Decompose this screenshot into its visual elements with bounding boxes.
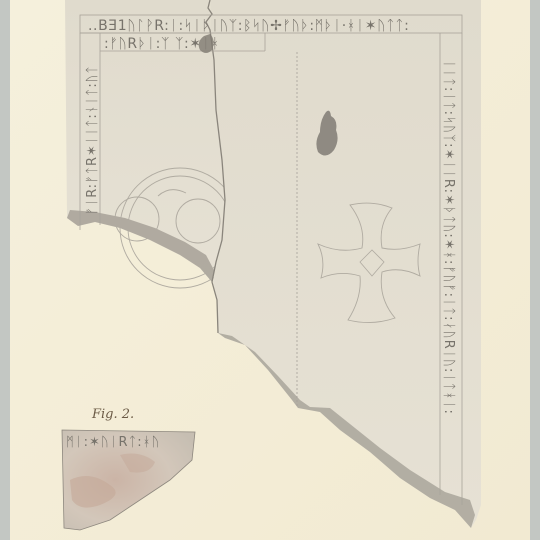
runestone-drawing: ..BƎ1ᚢᛚᚹR:ᛁ:ᛋᛁᚦᛁᚢᛉ:ᛒᛋᚢ✢ᚠᚢᚦ:ᛗᚦᛁ·ᚼᛁ✶ᚢᛏᛏ: :… <box>0 0 540 540</box>
right-border-strip <box>530 0 540 540</box>
rune-band-right: ᛁᛁᛏ:ᛁᛏ:ᛋᚢᛉ:✶ᛁᛁR:✶ᚦᛏᚢ:✶ᚼ:ᚠᚢᚠ:ᛁᛏ:ᛅᚢRᛁᚢ:ᛁᛏᚼ… <box>441 60 456 415</box>
left-border-strip <box>0 0 10 540</box>
rune-band-top-line1: ..BƎ1ᚢᛚᚹR:ᛁ:ᛋᛁᚦᛁᚢᛉ:ᛒᛋᚢ✢ᚠᚢᚦ:ᛗᚦᛁ·ᚼᛁ✶ᚢᛏᛏ: <box>88 18 409 34</box>
drawing-sheet: ..BƎ1ᚢᛚᚹR:ᛁ:ᛋᛁᚦᛁᚢᛉ:ᛒᛋᚢ✢ᚠᚢᚦ:ᛗᚦᛁ·ᚼᛁ✶ᚢᛏᛏ: :… <box>0 0 540 540</box>
rune-band-left: ᚠᛁR:ᚠᛏR✶ᛁᛁᛏ:ᚾᛁᛏ:ᚢᛏ <box>85 65 100 215</box>
fragment-runes: ᛗᛁ:✶ᚢᛁRᛏ:ᚼᚢ <box>66 435 160 450</box>
figure-label: Fig. 2. <box>91 407 134 422</box>
